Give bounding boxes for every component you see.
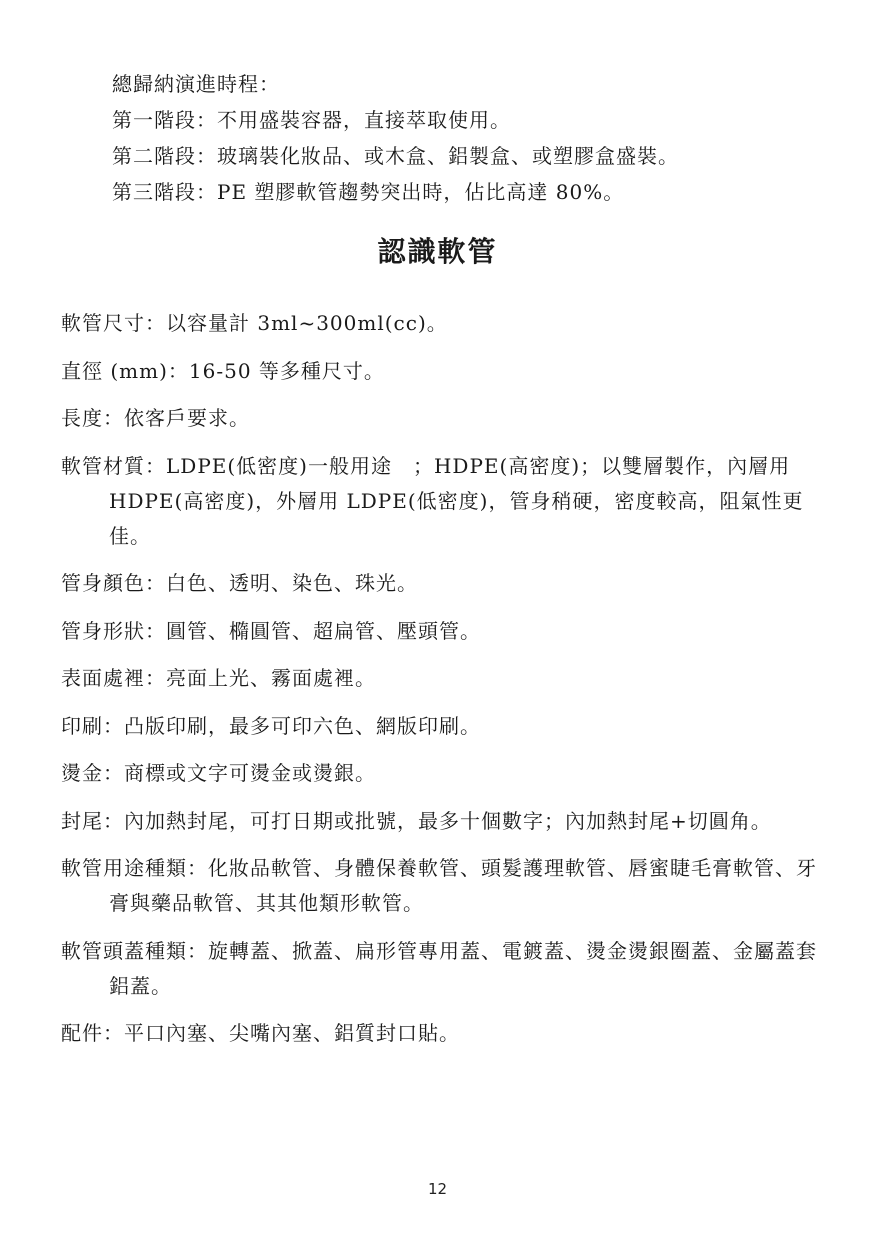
spec-text: 依客戶要求。 <box>124 406 250 430</box>
spec-text: 凸版印刷，最多可印六色、網版印刷。 <box>124 714 481 738</box>
spec-accessories: 配件：平口內塞、尖嘴內塞、鋁質封口貼。 <box>61 1016 821 1051</box>
stage-text: PE 塑膠軟管趨勢突出時，佔比高達 80%。 <box>217 180 624 204</box>
spec-diameter: 直徑 (mm)：16-50 等多種尺寸。 <box>61 354 821 389</box>
page-number: 12 <box>0 1180 875 1198</box>
spec-cap-types: 軟管頭蓋種類：旋轉蓋、掀蓋、扁形管專用蓋、電鍍蓋、燙金燙銀圈蓋、金屬蓋套鋁蓋。 <box>61 934 821 1004</box>
section-title: 認識軟管 <box>0 232 875 272</box>
stage-label: 第二階段： <box>112 144 217 168</box>
spec-label: 配件： <box>61 1021 124 1045</box>
spec-text: 以容量計 3ml~300ml(cc)。 <box>166 311 448 335</box>
spec-material: 軟管材質：LDPE(低密度)一般用途 ；HDPE(高密度)；以雙層製作，內層用 … <box>61 449 821 554</box>
stage-3: 第三階段：PE 塑膠軟管趨勢突出時，佔比高達 80%。 <box>112 174 832 210</box>
spec-label: 軟管頭蓋種類： <box>61 939 208 963</box>
spec-surface: 表面處裡：亮面上光、霧面處裡。 <box>61 661 821 696</box>
spec-label: 管身顏色： <box>61 571 166 595</box>
spec-usage-types: 軟管用途種類：化妝品軟管、身體保養軟管、頭髮護理軟管、唇蜜睫毛膏軟管、牙膏與藥品… <box>61 851 821 921</box>
tube-spec-list: 軟管尺寸：以容量計 3ml~300ml(cc)。 直徑 (mm)：16-50 等… <box>61 306 821 1064</box>
spec-text: 內加熱封尾，可打日期或批號，最多十個數字；內加熱封尾+切圓角。 <box>124 809 772 833</box>
stage-label: 第一階段： <box>112 108 217 132</box>
spec-label: 表面處裡： <box>61 666 166 690</box>
spec-seal: 封尾：內加熱封尾，可打日期或批號，最多十個數字；內加熱封尾+切圓角。 <box>61 804 821 839</box>
spec-printing: 印刷：凸版印刷，最多可印六色、網版印刷。 <box>61 709 821 744</box>
evolution-summary: 總歸納演進時程： 第一階段：不用盛裝容器，直接萃取使用。 第二階段：玻璃裝化妝品… <box>112 66 832 210</box>
spec-text: 亮面上光、霧面處裡。 <box>166 666 376 690</box>
spec-text: 旋轉蓋、掀蓋、扁形管專用蓋、電鍍蓋、燙金燙銀圈蓋、金屬蓋套鋁蓋。 <box>109 939 817 998</box>
spec-length: 長度：依客戶要求。 <box>61 401 821 436</box>
spec-label: 軟管用途種類： <box>61 856 208 880</box>
evolution-heading: 總歸納演進時程： <box>112 66 832 102</box>
spec-text: 化妝品軟管、身體保養軟管、頭髮護理軟管、唇蜜睫毛膏軟管、牙膏與藥品軟管、其其他類… <box>109 856 817 915</box>
spec-label: 燙金： <box>61 761 124 785</box>
spec-size: 軟管尺寸：以容量計 3ml~300ml(cc)。 <box>61 306 821 341</box>
stage-text: 不用盛裝容器，直接萃取使用。 <box>217 108 511 132</box>
spec-label: 印刷： <box>61 714 124 738</box>
spec-color: 管身顏色：白色、透明、染色、珠光。 <box>61 566 821 601</box>
spec-text: 商標或文字可燙金或燙銀。 <box>124 761 376 785</box>
spec-label: 管身形狀： <box>61 619 166 643</box>
stage-label: 第三階段： <box>112 180 217 204</box>
spec-label: 軟管材質： <box>61 454 166 478</box>
spec-label: 軟管尺寸： <box>61 311 166 335</box>
document-page: 總歸納演進時程： 第一階段：不用盛裝容器，直接萃取使用。 第二階段：玻璃裝化妝品… <box>0 0 875 1240</box>
spec-hot-stamping: 燙金：商標或文字可燙金或燙銀。 <box>61 756 821 791</box>
spec-text: 白色、透明、染色、珠光。 <box>166 571 418 595</box>
stage-text: 玻璃裝化妝品、或木盒、鋁製盒、或塑膠盒盛裝。 <box>217 144 679 168</box>
spec-label: 長度： <box>61 406 124 430</box>
spec-label: 直徑 (mm)： <box>61 359 189 383</box>
spec-text: 平口內塞、尖嘴內塞、鋁質封口貼。 <box>124 1021 460 1045</box>
spec-text: 16-50 等多種尺寸。 <box>189 359 385 383</box>
spec-text: LDPE(低密度)一般用途 ；HDPE(高密度)；以雙層製作，內層用 HDPE(… <box>109 454 803 548</box>
spec-shape: 管身形狀：圓管、橢圓管、超扁管、壓頭管。 <box>61 614 821 649</box>
spec-label: 封尾： <box>61 809 124 833</box>
stage-1: 第一階段：不用盛裝容器，直接萃取使用。 <box>112 102 832 138</box>
spec-text: 圓管、橢圓管、超扁管、壓頭管。 <box>166 619 481 643</box>
stage-2: 第二階段：玻璃裝化妝品、或木盒、鋁製盒、或塑膠盒盛裝。 <box>112 138 832 174</box>
